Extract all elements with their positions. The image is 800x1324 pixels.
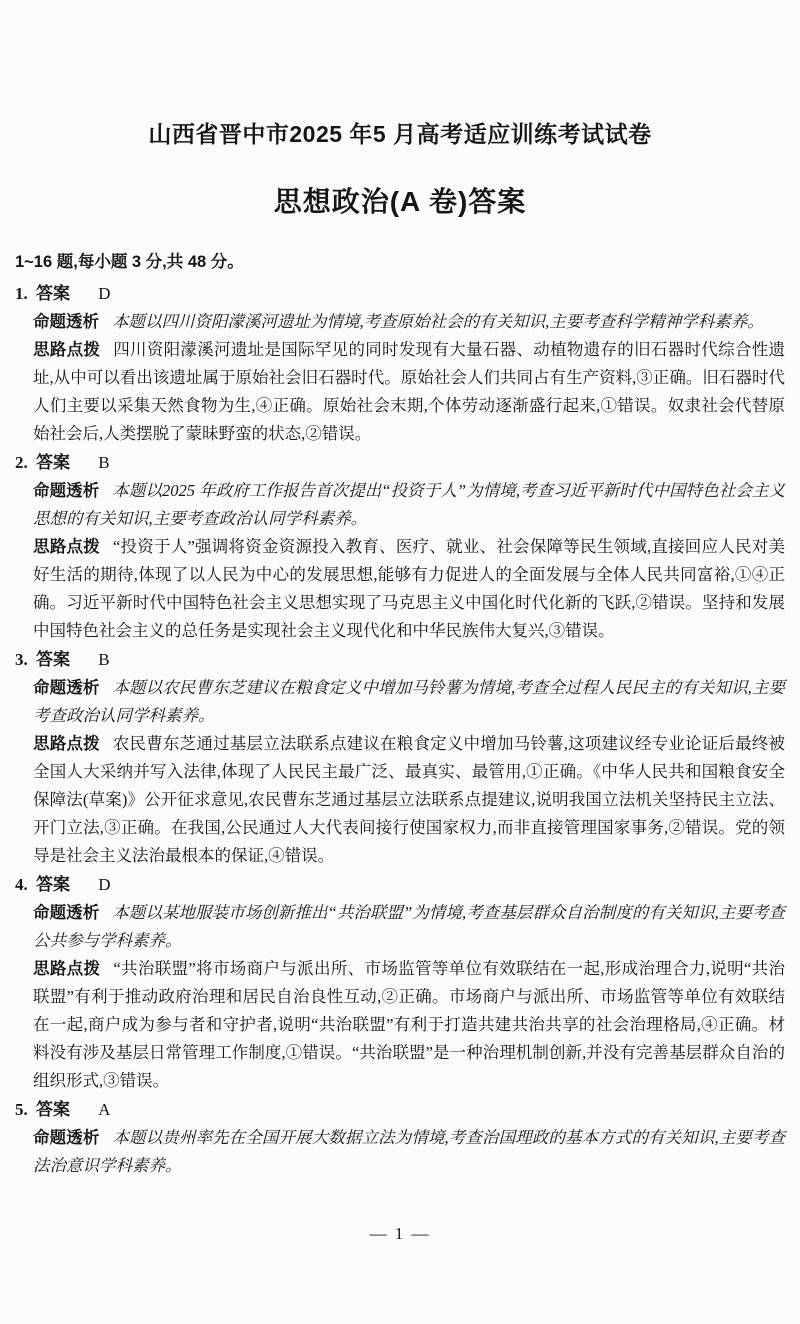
question-answer-line: 1. 答案 D [15, 280, 785, 308]
answer-letter: A [98, 1100, 110, 1119]
answer-letter: D [98, 284, 110, 303]
analysis-paragraph: 命题透析本题以2025 年政府工作报告首次提出“投资于人”为情境,考查习近平新时… [15, 477, 785, 533]
guidance-label: 思路点拨 [33, 538, 100, 556]
question-block-1: 1. 答案 D 命题透析本题以四川资阳濛溪河遗址为情境,考查原始社会的有关知识,… [15, 280, 785, 448]
question-answer-line: 4. 答案 D [15, 871, 785, 899]
answer-letter: B [98, 650, 109, 669]
answer-letter: D [98, 875, 110, 894]
analysis-paragraph: 命题透析本题以某地服装市场创新推出“共治联盟”为情境,考查基层群众自治制度的有关… [15, 899, 785, 955]
answer-label: 答案 [36, 453, 70, 472]
answer-label: 答案 [36, 284, 70, 303]
guidance-text: 农民曹东芝通过基层立法联系点建议在粮食定义中增加马铃薯,这项建议经专业论证后最终… [33, 734, 785, 865]
analysis-label: 命题透析 [33, 313, 99, 331]
analysis-text: 本题以农民曹东芝建议在粮食定义中增加马铃薯为情境,考查全过程人民民主的有关知识,… [33, 678, 785, 725]
guidance-label: 思路点拨 [33, 735, 100, 753]
analysis-text: 本题以某地服装市场创新推出“共治联盟”为情境,考查基层群众自治制度的有关知识,主… [33, 903, 785, 950]
guidance-text: 四川资阳濛溪河遗址是国际罕见的同时发现有大量石器、动植物遗存的旧石器时代综合性遗… [33, 340, 785, 443]
page-number: — 1 — [15, 1224, 785, 1244]
guidance-paragraph: 思路点拨四川资阳濛溪河遗址是国际罕见的同时发现有大量石器、动植物遗存的旧石器时代… [15, 336, 785, 448]
document-title: 山西省晋中市2025 年5 月高考适应训练考试试卷 [15, 0, 785, 147]
analysis-paragraph: 命题透析本题以贵州率先在全国开展大数据立法为情境,考查治国理政的基本方式的有关知… [15, 1124, 785, 1180]
question-block-3: 3. 答案 B 命题透析本题以农民曹东芝建议在粮食定义中增加马铃薯为情境,考查全… [15, 646, 785, 870]
answers-list: 1. 答案 D 命题透析本题以四川资阳濛溪河遗址为情境,考查原始社会的有关知识,… [15, 280, 785, 1180]
guidance-text: “投资于人”强调将资金资源投入教育、医疗、就业、社会保障等民生领域,直接回应人民… [33, 537, 785, 640]
question-number: 2. [15, 453, 28, 472]
question-block-2: 2. 答案 B 命题透析本题以2025 年政府工作报告首次提出“投资于人”为情境… [15, 449, 785, 645]
section-score-note: 1~16 题,每小题 3 分,共 48 分。 [15, 250, 785, 274]
answer-label: 答案 [36, 875, 70, 894]
analysis-paragraph: 命题透析本题以农民曹东芝建议在粮食定义中增加马铃薯为情境,考查全过程人民民主的有… [15, 674, 785, 730]
analysis-label: 命题透析 [33, 904, 99, 922]
question-answer-line: 3. 答案 B [15, 646, 785, 674]
analysis-text: 本题以贵州率先在全国开展大数据立法为情境,考查治国理政的基本方式的有关知识,主要… [33, 1128, 785, 1175]
question-answer-line: 5. 答案 A [15, 1096, 785, 1124]
document-page: 山西省晋中市2025 年5 月高考适应训练考试试卷 思想政治(A 卷)答案 1~… [0, 0, 800, 1324]
guidance-label: 思路点拨 [33, 341, 100, 359]
answer-label: 答案 [36, 650, 70, 669]
answer-letter: B [98, 453, 109, 472]
guidance-paragraph: 思路点拨农民曹东芝通过基层立法联系点建议在粮食定义中增加马铃薯,这项建议经专业论… [15, 730, 785, 870]
question-number: 3. [15, 650, 28, 669]
guidance-text: “共治联盟”将市场商户与派出所、市场监管等单位有效联结在一起,形成治理合力,说明… [33, 959, 785, 1090]
guidance-label: 思路点拨 [33, 960, 100, 978]
analysis-label: 命题透析 [33, 679, 99, 697]
guidance-paragraph: 思路点拨“投资于人”强调将资金资源投入教育、医疗、就业、社会保障等民生领域,直接… [15, 533, 785, 645]
question-number: 5. [15, 1100, 28, 1119]
analysis-paragraph: 命题透析本题以四川资阳濛溪河遗址为情境,考查原始社会的有关知识,主要考查科学精神… [15, 308, 785, 336]
analysis-text: 本题以四川资阳濛溪河遗址为情境,考查原始社会的有关知识,主要考查科学精神学科素养… [112, 312, 764, 331]
question-block-4: 4. 答案 D 命题透析本题以某地服装市场创新推出“共治联盟”为情境,考查基层群… [15, 871, 785, 1095]
question-number: 4. [15, 875, 28, 894]
question-answer-line: 2. 答案 B [15, 449, 785, 477]
document-subtitle: 思想政治(A 卷)答案 [15, 187, 785, 217]
analysis-label: 命题透析 [33, 482, 99, 500]
analysis-text: 本题以2025 年政府工作报告首次提出“投资于人”为情境,考查习近平新时代中国特… [33, 481, 785, 528]
guidance-paragraph: 思路点拨“共治联盟”将市场商户与派出所、市场监管等单位有效联结在一起,形成治理合… [15, 955, 785, 1095]
question-block-5: 5. 答案 A 命题透析本题以贵州率先在全国开展大数据立法为情境,考查治国理政的… [15, 1096, 785, 1180]
answer-label: 答案 [36, 1100, 70, 1119]
analysis-label: 命题透析 [33, 1129, 99, 1147]
question-number: 1. [15, 284, 28, 303]
